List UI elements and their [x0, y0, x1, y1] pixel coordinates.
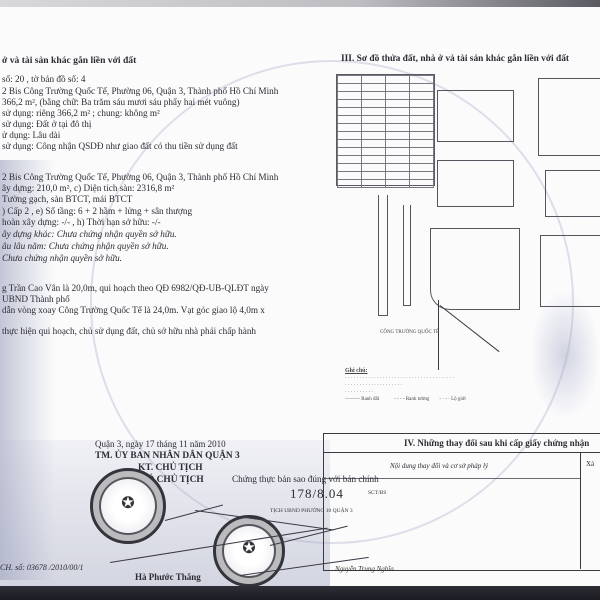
land-term: ử dụng: Lâu dài	[2, 130, 60, 141]
note-line: g Trần Cao Vân là 20,0m, qui hoạch theo …	[2, 283, 269, 294]
certifier-name: Nguyễn Trung Nghĩa	[335, 565, 394, 573]
note-line: UBND Thành phố	[2, 294, 70, 305]
official-seal: ✪	[90, 468, 166, 544]
street-boundary	[403, 205, 411, 306]
signer-name: Hà Phước Thắng	[135, 572, 201, 583]
land-area: 366,2 m², (bằng chữ: Ba trăm sáu mươi sá…	[2, 97, 240, 108]
issue-date: Quận 3, ngày 17 tháng 11 năm 2010	[95, 439, 226, 450]
section-iii-heading: III. Sơ đồ thửa đất, nhà ở và tài sản kh…	[341, 54, 569, 64]
legend-title: Ghi chú:	[345, 368, 368, 374]
perennial-trees: âu lâu năm: Chưa chứng nhận quyền sở hữu…	[2, 241, 169, 252]
column-header-content: Nội dung thay đổi và cơ sở pháp lý	[390, 462, 488, 470]
coordinate-table	[336, 74, 435, 186]
map-legend: Ghi chú: · · · · · · · · · · · · · · · ·…	[345, 368, 466, 403]
land-parcel-number: số: 20 , tờ bản đồ số: 4	[2, 74, 85, 85]
street-boundary	[378, 195, 388, 316]
floor-plan-1	[437, 90, 514, 142]
boundary-line	[438, 300, 439, 370]
certification-seal: ✪	[213, 515, 285, 587]
kt-chairman: KT. CHỦ TỊCH	[138, 463, 203, 474]
registry-number: CH. số: 03678 /2010/00/1	[0, 562, 84, 573]
house-completion: hoàn xây dựng: -/- , h) Thời hạn sở hữu:…	[2, 217, 161, 228]
other-assets: Chưa chứng nhận quyền sở hữu.	[2, 253, 122, 264]
land-origin: sử dụng: Công nhận QSDĐ như giao đất có …	[2, 141, 238, 152]
location-map	[538, 78, 600, 156]
legend-item: Lộ giới	[451, 397, 466, 402]
note-line: thực hiện qui hoạch, chủ sử dụng đất, ch…	[2, 326, 256, 337]
land-usage-form: sử dụng: riêng 366,2 m² ; chung: không m…	[2, 108, 160, 119]
changes-table	[323, 433, 600, 571]
house-grade-floors: ) Cấp 2 , e) Số tầng: 6 + 2 hầm + lửng +…	[2, 206, 192, 217]
table-column-divider	[580, 452, 581, 569]
floor-plan-4	[540, 235, 600, 307]
site-plan	[430, 228, 520, 310]
scan-shadow-right	[530, 290, 600, 420]
star-emblem-icon: ✪	[121, 493, 134, 513]
land-certificate-scan: ở và tài sản khác gắn liền với đất số: 2…	[0, 0, 600, 600]
house-area: ây dựng: 210,0 m², c) Diện tích sàn: 231…	[2, 183, 174, 194]
street-label: CÔNG TRƯỜNG QUỐC TẾ	[380, 330, 439, 335]
floor-plan-3	[545, 170, 600, 217]
column-header-confirm: Xá	[586, 460, 594, 468]
legend-item: Ranh tường	[406, 397, 430, 402]
other-construction: ây dựng khác: Chưa chứng nhận quyền sở h…	[2, 229, 177, 240]
certification-number: 178/8.04	[290, 486, 344, 502]
land-address: 2 Bis Công Trường Quốc Tế, Phường 06, Qu…	[2, 86, 278, 97]
floor-plan-2	[437, 160, 514, 207]
section-heading: ở và tài sản khác gắn liền với đất	[2, 55, 136, 66]
scan-bottom-edge	[0, 586, 600, 600]
issuing-authority: TM. ỦY BAN NHÂN DÂN QUẬN 3	[95, 451, 240, 462]
legend-item: Ranh đất	[361, 397, 379, 402]
house-address: 2 Bis Công Trường Quốc Tế, Phường 06, Qu…	[2, 172, 278, 183]
section-iv-heading: IV. Những thay đổi sau khi cấp giấy chứn…	[404, 438, 589, 448]
certification-book: SCT/BS	[368, 490, 386, 496]
note-line: dẫn vòng xoay Công Trường Quốc Tế là 24,…	[2, 305, 265, 316]
certification-label: Chứng thực bản sao đúng với bản chính	[232, 474, 379, 484]
house-structure: Tường gạch, sàn BTCT, mái BTCT	[2, 194, 132, 205]
certification-office: TỊCH UBND PHƯỜNG 10 QUẬN 3	[270, 508, 353, 514]
table-divider	[323, 452, 600, 453]
land-purpose: sử dụng: Đất ở tại đô thị	[2, 119, 91, 130]
